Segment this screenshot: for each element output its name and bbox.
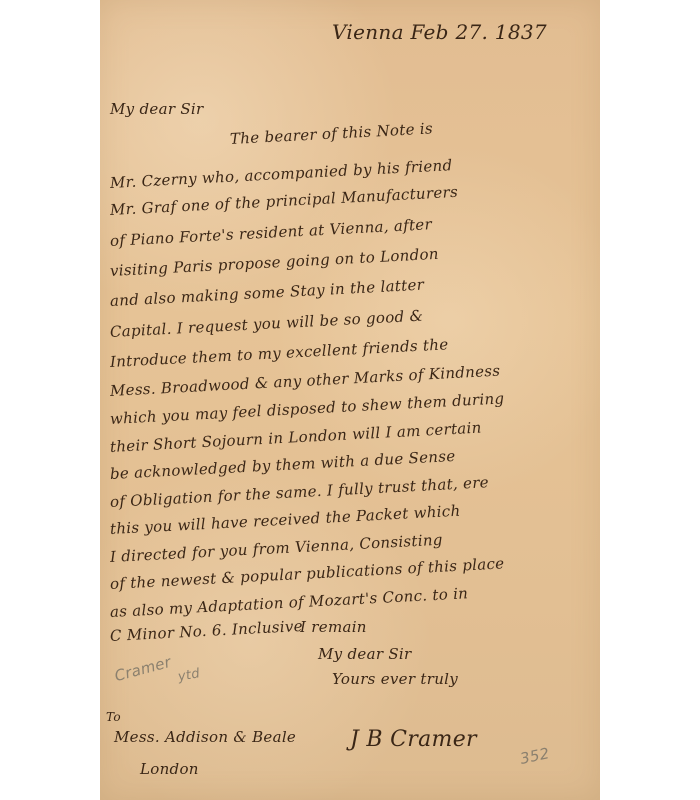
pencil-note: 352: [518, 744, 551, 768]
closing-line: My dear Sir: [318, 645, 412, 663]
body-line: The bearer of this Note is: [230, 119, 434, 148]
letter-paper: Vienna Feb 27. 1837 My dear Sir The bear…: [100, 0, 600, 800]
address-line: To: [106, 710, 121, 724]
body-line: of Piano Forte's resident at Vienna, aft…: [110, 215, 433, 250]
closing-line: Yours ever truly: [332, 670, 458, 688]
salutation: My dear Sir: [110, 100, 204, 118]
body-line: Capital. I request you will be so good &: [110, 307, 424, 341]
body-line: and also making some Stay in the latter: [110, 276, 425, 310]
signature: J B Cramer: [350, 727, 477, 752]
body-line: C Minor No. 6. Inclusive: [110, 617, 304, 645]
pencil-note: ytd: [177, 666, 201, 685]
body-line: Introduce them to my excellent friends t…: [110, 335, 449, 371]
dateline: Vienna Feb 27. 1837: [332, 20, 547, 44]
closing-line: I remain: [300, 618, 367, 636]
address-line: London: [140, 760, 199, 778]
pencil-note: Cramer: [113, 653, 173, 685]
body-line: visiting Paris propose going on to Londo…: [110, 245, 440, 280]
address-line: Mess. Addison & Beale: [114, 728, 296, 746]
